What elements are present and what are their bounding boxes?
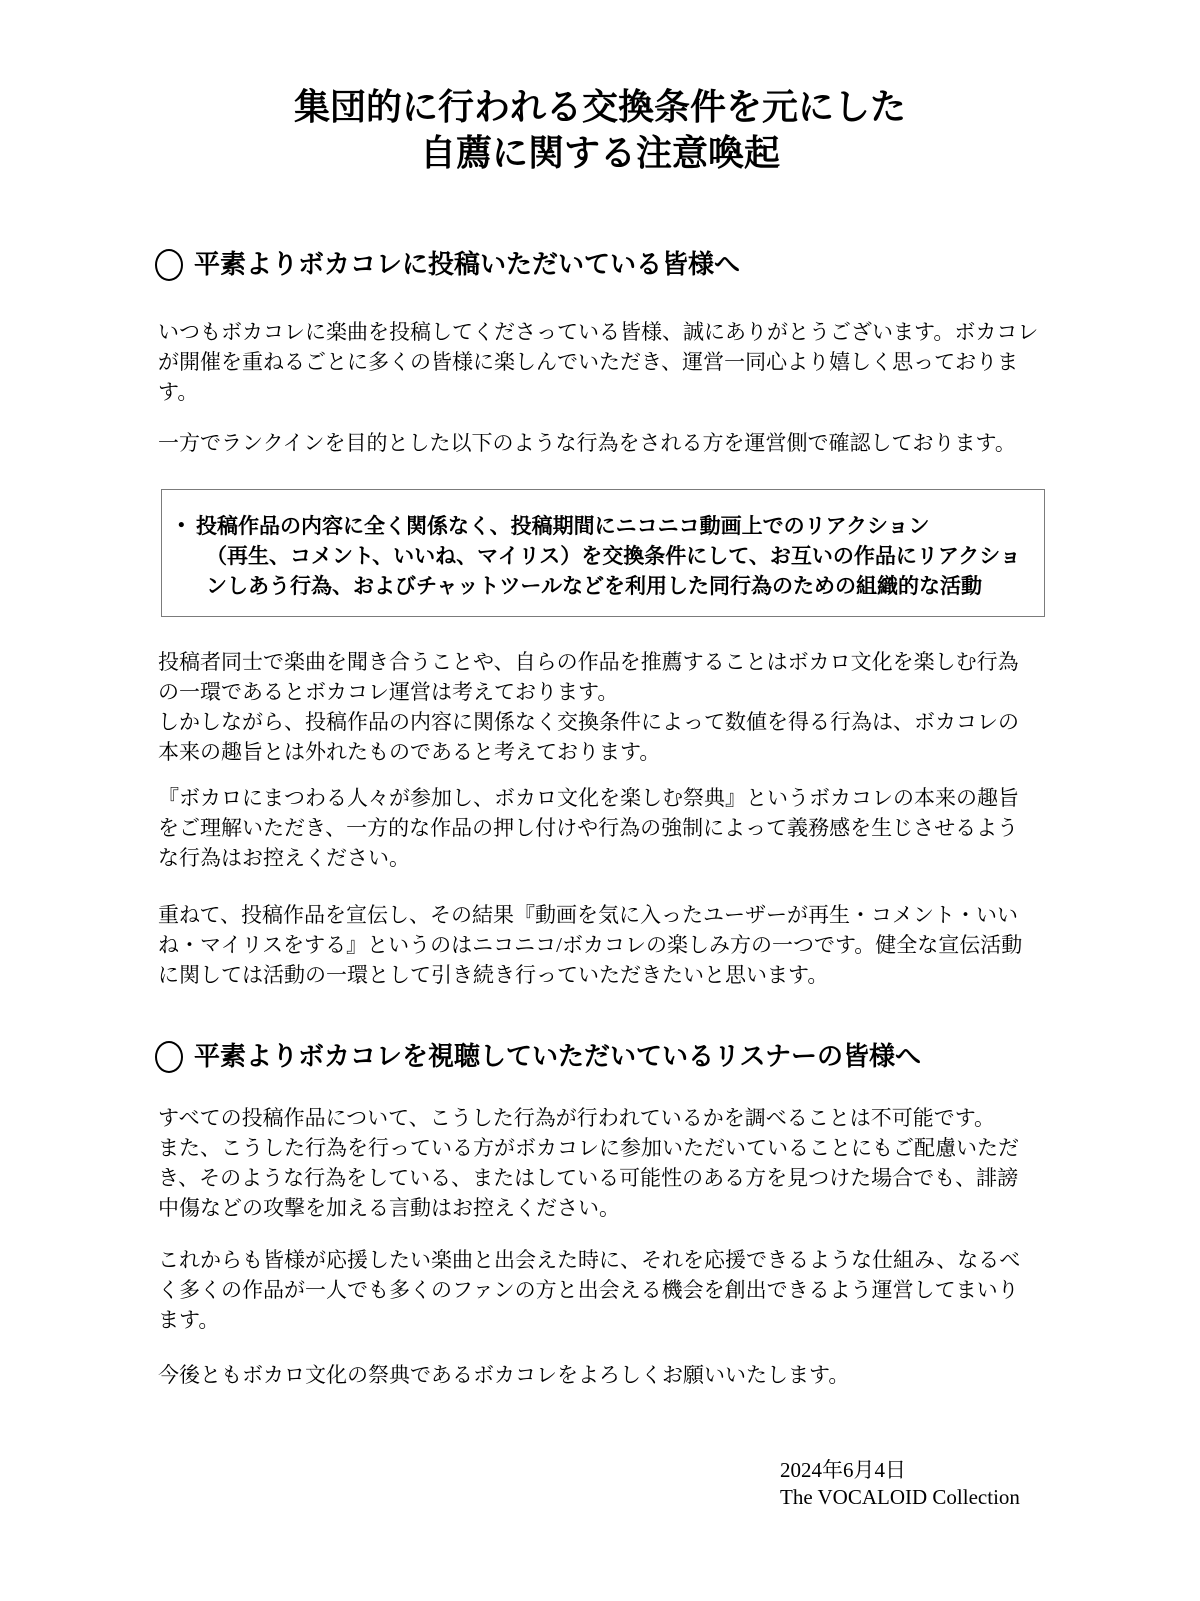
paragraph-impossible: すべての投稿作品について、こうした行為が行われているかを調べることは不可能です。… [158, 1103, 1088, 1223]
footer-date: 2024年6月4日 [780, 1457, 1020, 1484]
paragraph-closing: 今後ともボカロ文化の祭典であるボカコレをよろしくお願いいたします。 [158, 1360, 1088, 1390]
document-title: 集団的に行われる交換条件を元にした 自薦に関する注意喚起 [0, 84, 1200, 176]
section-heading-listeners: 平素よりボカコレを視聴していただいているリスナーの皆様へ [155, 1040, 921, 1074]
circle-marker-icon [155, 249, 183, 281]
footer: 2024年6月4日 The VOCALOID Collection [780, 1457, 1020, 1511]
notice-box-text: 投稿作品の内容に全く関係なく、投稿期間にニコニコ動画上でのリアクション （再生、… [196, 511, 1021, 601]
notice-box: • 投稿作品の内容に全く関係なく、投稿期間にニコニコ動画上でのリアクション （再… [161, 489, 1045, 617]
paragraph-ranking-intro: 一方でランクインを目的とした以下のような行為をされる方を運営側で確認しております… [158, 428, 1088, 458]
section-heading-listeners-label: 平素よりボカコレを視聴していただいているリスナーの皆様へ [194, 1040, 921, 1074]
paragraph-thanks: いつもボカコレに楽曲を投稿してくださっている皆様、誠にありがとうございます。ボカ… [158, 317, 1088, 407]
paragraph-promotion: 重ねて、投稿作品を宣伝し、その結果『動画を気に入ったユーザーが再生・コメント・い… [158, 900, 1088, 990]
paragraph-future-plans: これからも皆様が応援したい楽曲と出会えた時に、それを応援できるような仕組み、なる… [158, 1245, 1088, 1335]
paragraph-request: 『ボカロにまつわる人々が参加し、ボカロ文化を楽しむ祭典』というボカコレの本来の趣… [158, 783, 1088, 873]
section-heading-posters-label: 平素よりボカコレに投稿いただいている皆様へ [194, 248, 740, 282]
circle-marker-icon [155, 1041, 183, 1073]
bullet-marker: • [178, 511, 196, 541]
footer-signature: The VOCALOID Collection [780, 1484, 1020, 1511]
section-heading-posters: 平素よりボカコレに投稿いただいている皆様へ [155, 248, 740, 282]
notice-document: 集団的に行われる交換条件を元にした 自薦に関する注意喚起 平素よりボカコレに投稿… [0, 0, 1200, 1601]
paragraph-operator-view: 投稿者同士で楽曲を聞き合うことや、自らの作品を推薦することはボカロ文化を楽しむ行… [158, 647, 1088, 767]
